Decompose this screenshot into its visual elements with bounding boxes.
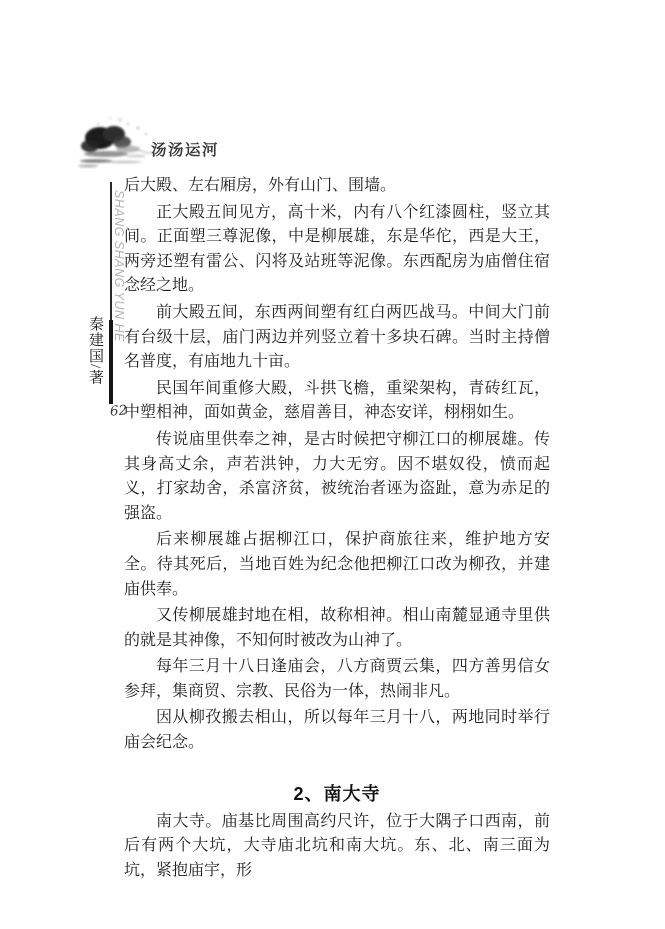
- paragraph: 又传柳展雄封地在相，故称相神。相山南麓显通寺里供的就是其神像，不知何时被改为山神…: [124, 604, 550, 653]
- paragraph: 前大殿五间，东西两间塑有红白两匹战马。中间大门前有台级十层，庙门两边并列竖立着十…: [124, 301, 550, 375]
- paragraph: 传说庙里供奉之神，是古时候把守柳江口的柳展雄。传其身高丈余，声若洪钟，力大无穷。…: [124, 428, 550, 526]
- book-title: 汤汤运河: [151, 138, 219, 160]
- paragraph: 因从柳孜搬去相山，所以每年三月十八，两地同时举行庙会纪念。: [124, 706, 550, 755]
- body-text: 后大殿、左右厢房，外有山门、围墙。 正大殿五间见方，高十米，内有八个红漆圆柱，竖…: [124, 174, 550, 885]
- paragraph: 后大殿、左右厢房，外有山门、围墙。: [124, 174, 550, 199]
- book-page: 汤汤运河 SHANG SHANG YUN HE 秦建国/著 62 后大殿、左右厢…: [0, 0, 665, 929]
- paragraph: 民国年间重修大殿，斗拱飞檐，重梁架构，青砖红瓦，中塑相神，面如黄金，慈眉善目，神…: [124, 377, 550, 426]
- section-heading: 2、南大寺: [124, 780, 550, 806]
- paragraph: 每年三月十八日逢庙会，八方商贾云集，四方善男信女参拜，集商贸、宗教、民俗为一体，…: [124, 655, 550, 704]
- paragraph: 后来柳展雄占据柳江口，保护商旅往来，维护地方安全。待其死后，当地百姓为纪念他把柳…: [124, 528, 550, 602]
- paragraph: 南大寺。庙基比周围高约尺许，位于大隅子口西南，前后有两个大坑，大寺庙北坑和南大坑…: [124, 810, 550, 884]
- paragraph: 正大殿五间见方，高十米，内有八个红漆圆柱，竖立其间。正面塑三尊泥像，中是柳展雄，…: [124, 201, 550, 299]
- author-name: 秦建国/著: [85, 316, 106, 408]
